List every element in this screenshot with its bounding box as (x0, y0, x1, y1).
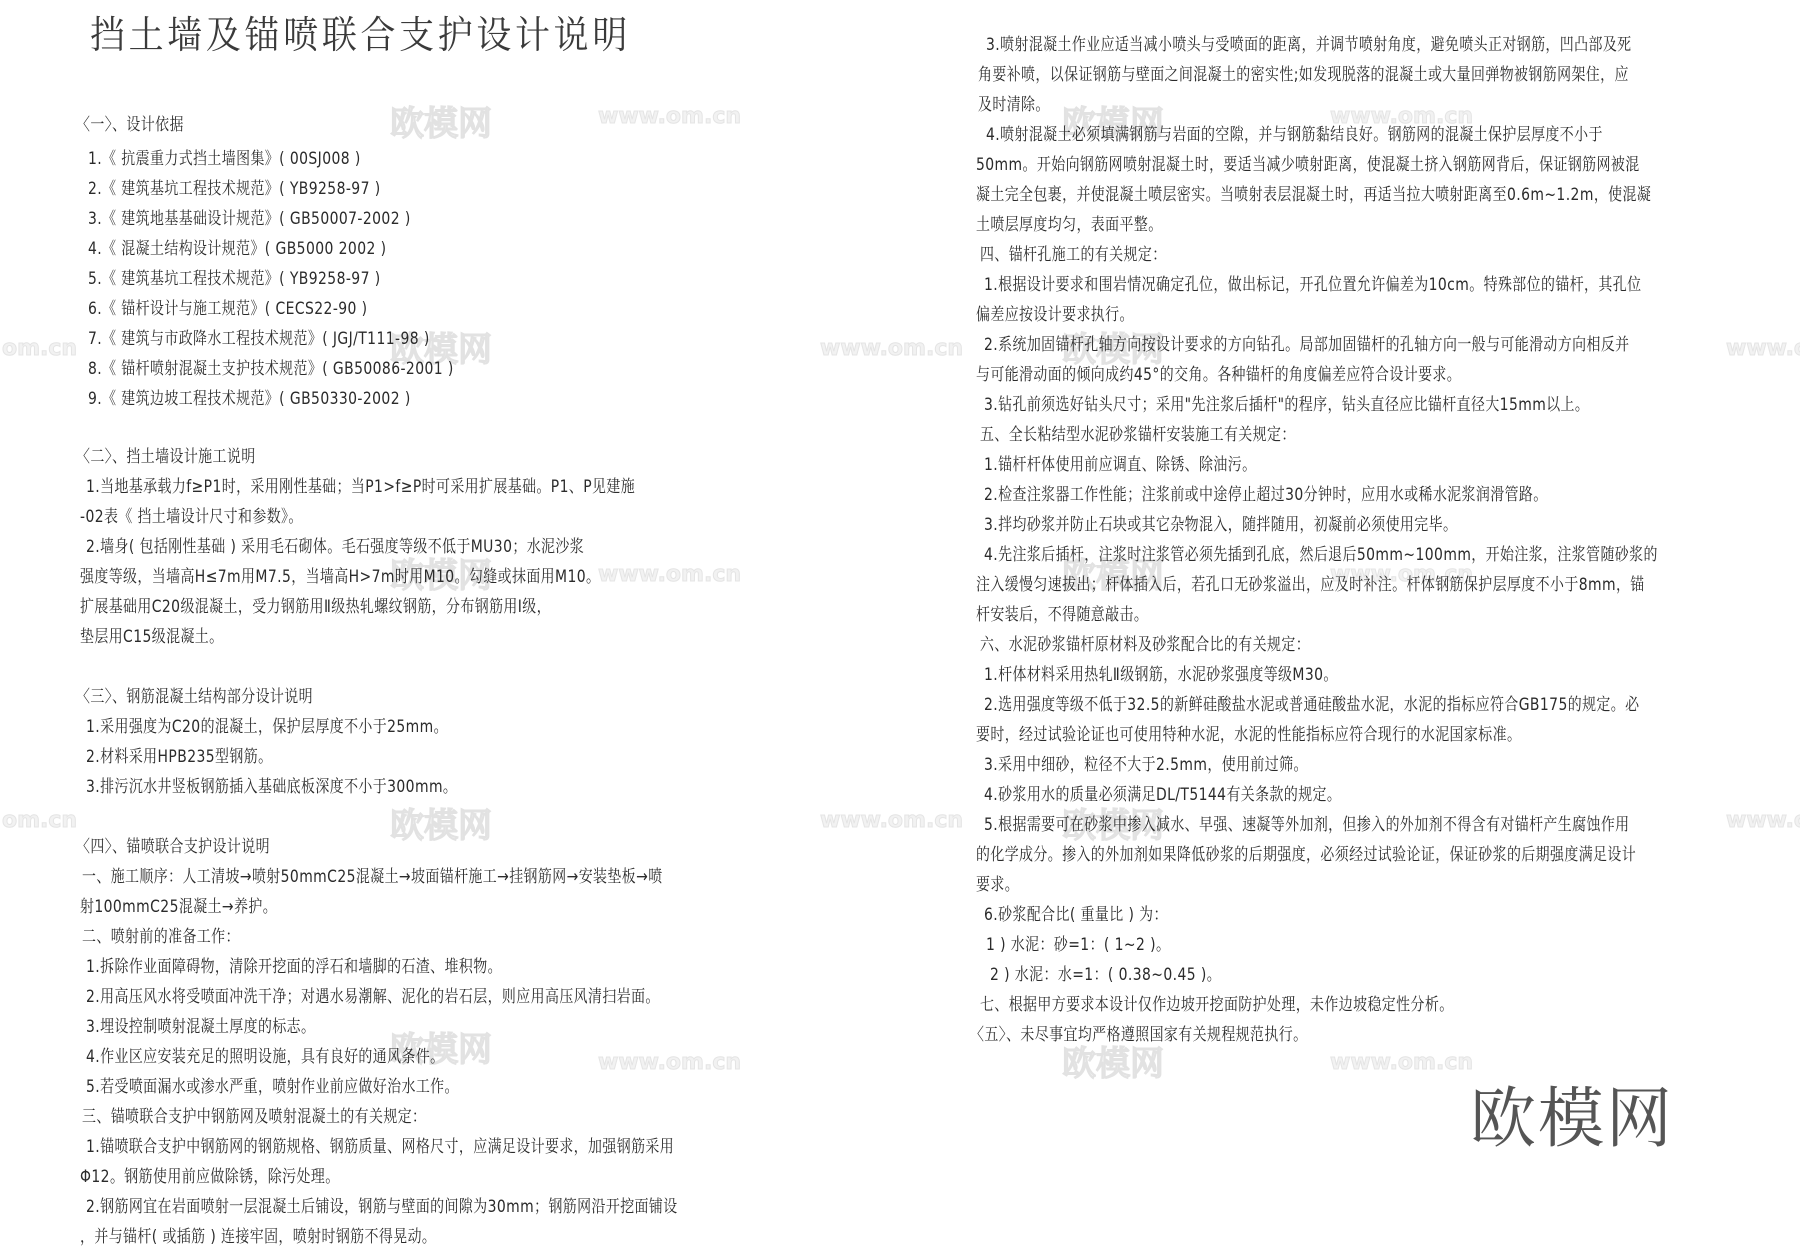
text-line: 七、根据甲方要求本设计仅作边坡开挖面防护处理，未作边坡稳定性分析。 (980, 994, 1454, 1016)
text-line: 2.材料采用HPB235型钢筋。 (86, 746, 272, 768)
watermark: om.cn (2, 336, 77, 361)
text-line: 1.当地基承载力f≥P1时，采用刚性基础；当P1>f≥P时可采用扩展基础。P1、… (86, 476, 635, 498)
text-line: 强度等级，当墙高H≤7m用M7.5，当墙高H>7m时用M10。勾缝或抹面用M10… (80, 566, 600, 588)
watermark: www.om.cn (820, 336, 963, 361)
text-line: 2 ) 水泥：水=1：( 0.38~0.45 )。 (990, 964, 1221, 986)
text-line: 一、施工顺序：人工清坡→喷射50mmC25混凝土→坡面锚杆施工→挂钢筋网→安装垫… (82, 866, 663, 888)
watermark: www.om.cn (1330, 1050, 1473, 1075)
text-line: 1 ) 水泥：砂=1：( 1~2 )。 (986, 934, 1170, 956)
text-line: 4.喷射混凝土必须填满钢筋与岩面的空隙，并与钢筋黏结良好。钢筋网的混凝土保护层厚… (986, 124, 1603, 146)
text-line: 土喷层厚度均匀，表面平整。 (976, 214, 1163, 236)
text-line: 4.先注浆后插杆，注浆时注浆管必须先插到孔底，然后退后50mm~100mm，开始… (984, 544, 1658, 566)
text-line: 5.根据需要可在砂浆中掺入减水、早强、速凝等外加剂，但掺入的外加剂不得含有对锚杆… (984, 814, 1630, 836)
text-line: 1.采用强度为C20的混凝土，保护层厚度不小于25mm。 (86, 716, 448, 738)
text-line: 及时清除。 (978, 94, 1050, 116)
text-line: 凝土完全包裹，并使混凝土喷层密实。当喷射表层混凝土时，再适当拉大喷射距离至0.6… (976, 184, 1651, 206)
text-line: 3.采用中细砂，粒径不大于2.5mm，使用前过筛。 (984, 754, 1308, 776)
text-line: 50mm。开始向钢筋网喷射混凝土时，要适当减少喷射距离，使混凝土挤入钢筋网背后，… (976, 154, 1640, 176)
watermark: 欧模网 (390, 798, 492, 847)
watermark: www.om.cn (1726, 336, 1800, 361)
text-line: 要求。 (976, 874, 1019, 896)
text-line: 3.钻孔前须选好钻头尺寸；采用"先注浆后插杆"的程序，钻头直径应比锚杆直径大15… (984, 394, 1589, 416)
text-line: 3.排污沉水井竖板钢筋插入基础底板深度不小于300mm。 (86, 776, 457, 798)
text-line: 2.用高压风水将受喷面冲洗干净；对遇水易潮解、泥化的岩石层，则应用高压风清扫岩面… (86, 986, 660, 1008)
text-line: 3.拌均砂浆并防止石块或其它杂物混入，随拌随用，初凝前必须使用完毕。 (984, 514, 1457, 536)
text-line: 四、锚杆孔施工的有关规定： (980, 244, 1167, 266)
section-heading: 〈三〉、钢筋混凝土结构部分设计说明 (76, 686, 313, 708)
text-line: 2.钢筋网宜在岩面喷射一层混凝土后铺设，钢筋与壁面的间隙为30mm；钢筋网沿开挖… (86, 1196, 678, 1218)
text-line: 2.检查注浆器工作性能；注浆前或中途停止超过30分钟时，应用水或稀水泥浆润滑管路… (984, 484, 1548, 506)
section-heading: 〈二〉、挡土墙设计施工说明 (76, 446, 256, 468)
text-line: 2.选用强度等级不低于32.5的新鲜硅酸盐水泥或普通硅酸盐水泥，水泥的指标应符合… (984, 694, 1639, 716)
text-line: 1.锚杆杆体使用前应调直、除锈、除油污。 (984, 454, 1256, 476)
text-line: 射100mmC25混凝土→养护。 (80, 896, 277, 918)
text-line: 角要补喷，以保证钢筋与壁面之间混凝土的密实性;如发现脱落的混凝土或大量回弹物被钢… (978, 64, 1629, 86)
text-line: 9.《 建筑边坡工程技术规范》( GB50330-2002 ) (88, 388, 411, 410)
text-line: 6.《 锚杆设计与施工规范》( CECS22-90 ) (88, 298, 368, 320)
section-heading: 〈五〉、未尽事宜均严格遵照国家有关规程规范执行。 (970, 1024, 1307, 1046)
document-title: 挡土墙及锚喷联合支护设计说明 (90, 4, 631, 59)
site-logo: 欧模网 (1470, 1065, 1674, 1160)
text-line: 与可能滑动面的倾向成约45°的交角。各种锚杆的角度偏差应符合设计要求。 (976, 364, 1461, 386)
watermark: www.om.cn (598, 104, 741, 129)
text-line: 的化学成分。掺入的外加剂如果降低砂浆的后期强度，必须经过试验论证，保证砂浆的后期… (976, 844, 1636, 866)
text-line: 6.砂浆配合比( 重量比 ) 为： (984, 904, 1168, 926)
text-line: 4.作业区应安装充足的照明设施，具有良好的通风条件。 (86, 1046, 445, 1068)
text-line: 3.《 建筑地基基础设计规范》( GB50007-2002 ) (88, 208, 411, 230)
text-line: 5.若受喷面漏水或渗水严重，喷射作业前应做好治水工作。 (86, 1076, 459, 1098)
watermark: www.om.cn (1726, 808, 1800, 833)
text-line: 3.埋设控制喷射混凝土厚度的标志。 (86, 1016, 315, 1038)
text-line: 垫层用C15级混凝土。 (80, 626, 224, 648)
text-line: 3.喷射混凝土作业应适当减小喷头与受喷面的距离，并调节喷射角度，避免喷头正对钢筋… (986, 34, 1632, 56)
watermark: www.om.cn (598, 562, 741, 587)
text-line: ，并与锚杆( 或插筋 ) 连接牢固，喷射时钢筋不得晃动。 (80, 1226, 436, 1248)
text-line: 7.《 建筑与市政降水工程技术规范》( JGJ/T111-98 ) (88, 328, 430, 350)
text-line: 1.拆除作业面障碍物，清除开挖面的浮石和墙脚的石渣、堆积物。 (86, 956, 502, 978)
section-heading: 〈四〉、锚喷联合支护设计说明 (76, 836, 270, 858)
text-line: 2.系统加固锚杆孔轴方向按设计要求的方向钻孔。局部加固锚杆的孔轴方向一般与可能滑… (984, 334, 1630, 356)
text-line: 4.《 混凝土结构设计规范》( GB5000 2002 ) (88, 238, 386, 260)
text-line: 2.《 建筑基坑工程技术规范》( YB9258-97 ) (88, 178, 381, 200)
text-line: 5.《 建筑基坑工程技术规范》( YB9258-97 ) (88, 268, 381, 290)
text-line: 六、水泥砂浆锚杆原材料及砂浆配合比的有关规定： (980, 634, 1310, 656)
text-line: -02表《 挡土墙设计尺寸和参数》。 (80, 506, 303, 528)
watermark: www.om.cn (598, 1050, 741, 1075)
text-line: 4.砂浆用水的质量必须满足DL/T5144有关条款的规定。 (984, 784, 1341, 806)
text-line: 三、锚喷联合支护中钢筋网及喷射混凝土的有关规定： (82, 1106, 426, 1128)
text-line: 偏差应按设计要求执行。 (976, 304, 1134, 326)
text-line: 8.《 锚杆喷射混凝土支护技术规范》( GB50086-2001 ) (88, 358, 454, 380)
watermark: 欧模网 (390, 96, 492, 145)
watermark: www.om.cn (820, 808, 963, 833)
text-line: 2.墙身( 包括刚性基础 ) 采用毛石砌体。毛石强度等级不低于MU30；水泥沙浆 (86, 536, 584, 558)
watermark: om.cn (2, 808, 77, 833)
text-line: Φ12。钢筋使用前应做除锈，除污处理。 (80, 1166, 340, 1188)
text-line: 杆安装后，不得随意敲击。 (976, 604, 1148, 626)
text-line: 要时，经过试验论证也可使用特种水泥，水泥的性能指标应符合现行的水泥国家标准。 (976, 724, 1521, 746)
text-line: 1.杆体材料采用热轧Ⅱ级钢筋，水泥砂浆强度等级M30。 (984, 664, 1338, 686)
text-line: 五、全长粘结型水泥砂浆锚杆安装施工有关规定： (980, 424, 1296, 446)
text-line: 1.《 抗震重力式挡土墙图集》( 00SJ008 ) (88, 148, 361, 170)
text-line: 二、喷射前的准备工作： (82, 926, 240, 948)
section-heading: 〈一〉、设计依据 (76, 114, 184, 136)
text-line: 扩展基础用C20级混凝土，受力钢筋用Ⅱ级热轧螺纹钢筋，分布钢筋用Ⅰ级， (80, 596, 551, 618)
text-line: 注入缓慢匀速拔出；杆体插入后，若孔口无砂浆溢出，应及时补注。杆体钢筋保护层厚度不… (976, 574, 1645, 596)
text-line: 1.锚喷联合支护中钢筋网的钢筋规格、钢筋质量、网格尺寸，应满足设计要求，加强钢筋… (86, 1136, 674, 1158)
text-line: 1.根据设计要求和围岩情况确定孔位，做出标记，开孔位置允许偏差为10cm。特殊部… (984, 274, 1641, 296)
